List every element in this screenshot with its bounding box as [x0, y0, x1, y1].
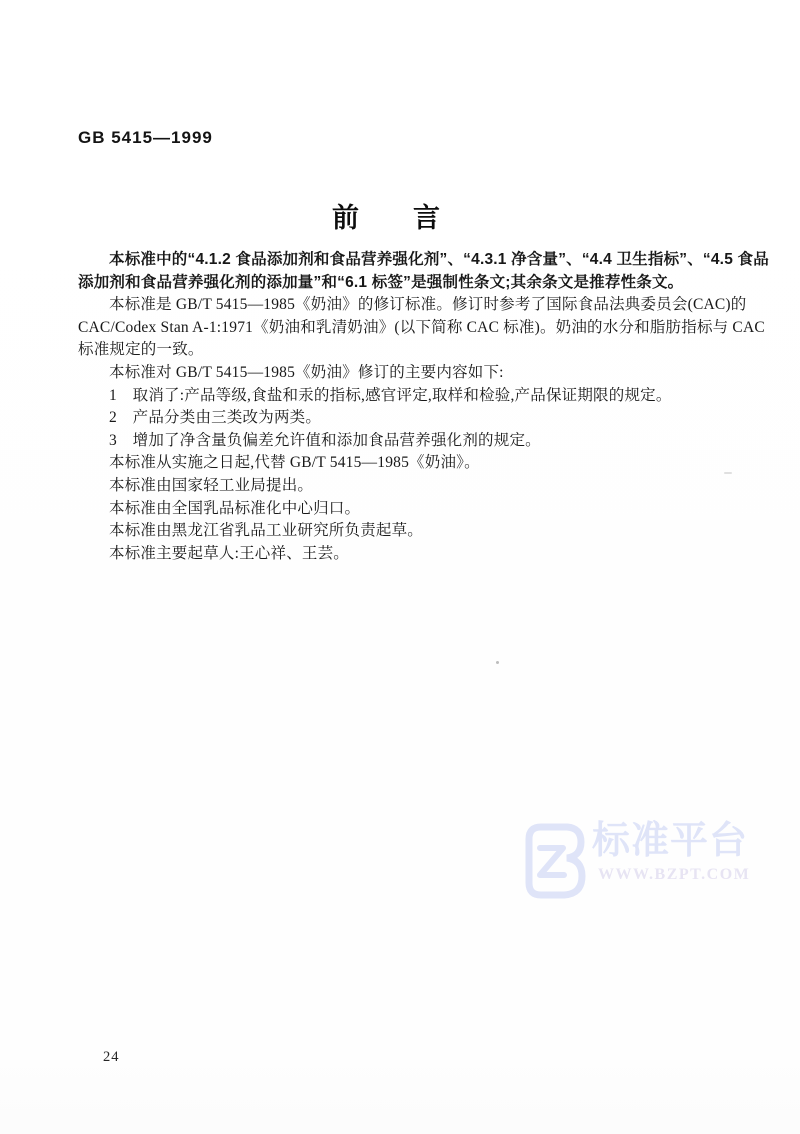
- text-line: 本标准对 GB/T 5415—1985《奶油》修订的主要内容如下:: [78, 362, 740, 385]
- text-line: 本标准是 GB/T 5415—1985《奶油》的修订标准。修订时参考了国际食品法…: [78, 294, 740, 317]
- page-number: 24: [103, 1049, 120, 1066]
- text-line: 本标准由全国乳品标准化中心归口。: [78, 498, 740, 521]
- watermark: 标准平台 WWW.BZPT.COM: [524, 818, 754, 903]
- watermark-url: WWW.BZPT.COM: [598, 866, 750, 884]
- watermark-text: 标准平台 WWW.BZPT.COM: [592, 818, 750, 884]
- scanned-document-page: GB 5415—1999 前 言 本标准中的“4.1.2 食品添加剂和食品营养强…: [0, 0, 800, 1134]
- text-line: 本标准主要起草人:王心祥、王芸。: [78, 543, 740, 566]
- list-item: 2 产品分类由三类改为两类。: [78, 407, 740, 430]
- text-line: 本标准由国家轻工业局提出。: [78, 475, 740, 498]
- foreword-text-block: 本标准中的“4.1.2 食品添加剂和食品营养强化剂”、“4.3.1 净含量”、“…: [78, 249, 740, 565]
- scan-speck: [496, 661, 499, 664]
- standard-code: GB 5415—1999: [78, 128, 213, 148]
- list-item: 3 增加了净含量负偏差允许值和添加食品营养强化剂的规定。: [78, 430, 740, 453]
- watermark-name: 标准平台: [592, 818, 750, 864]
- list-item: 1 取消了:产品等级,食盐和汞的指标,感官评定,取样和检验,产品保证期限的规定。: [78, 385, 740, 408]
- text-line: 本标准从实施之日起,代替 GB/T 5415—1985《奶油》。: [78, 452, 740, 475]
- scan-speck: [724, 472, 732, 474]
- bzpt-logo-icon: [524, 822, 586, 905]
- text-line: 本标准中的“4.1.2 食品添加剂和食品营养强化剂”、“4.3.1 净含量”、“…: [78, 249, 740, 272]
- text-line: 添加剂和食品营养强化剂的添加量”和“6.1 标签”是强制性条文;其余条文是推荐性…: [78, 272, 740, 295]
- text-line: CAC/Codex Stan A-1:1971《奶油和乳清奶油》(以下简称 CA…: [78, 317, 740, 340]
- page-title: 前 言: [0, 196, 772, 235]
- text-line: 本标准由黑龙江省乳品工业研究所负责起草。: [78, 520, 740, 543]
- text-line: 标准规定的一致。: [78, 339, 740, 362]
